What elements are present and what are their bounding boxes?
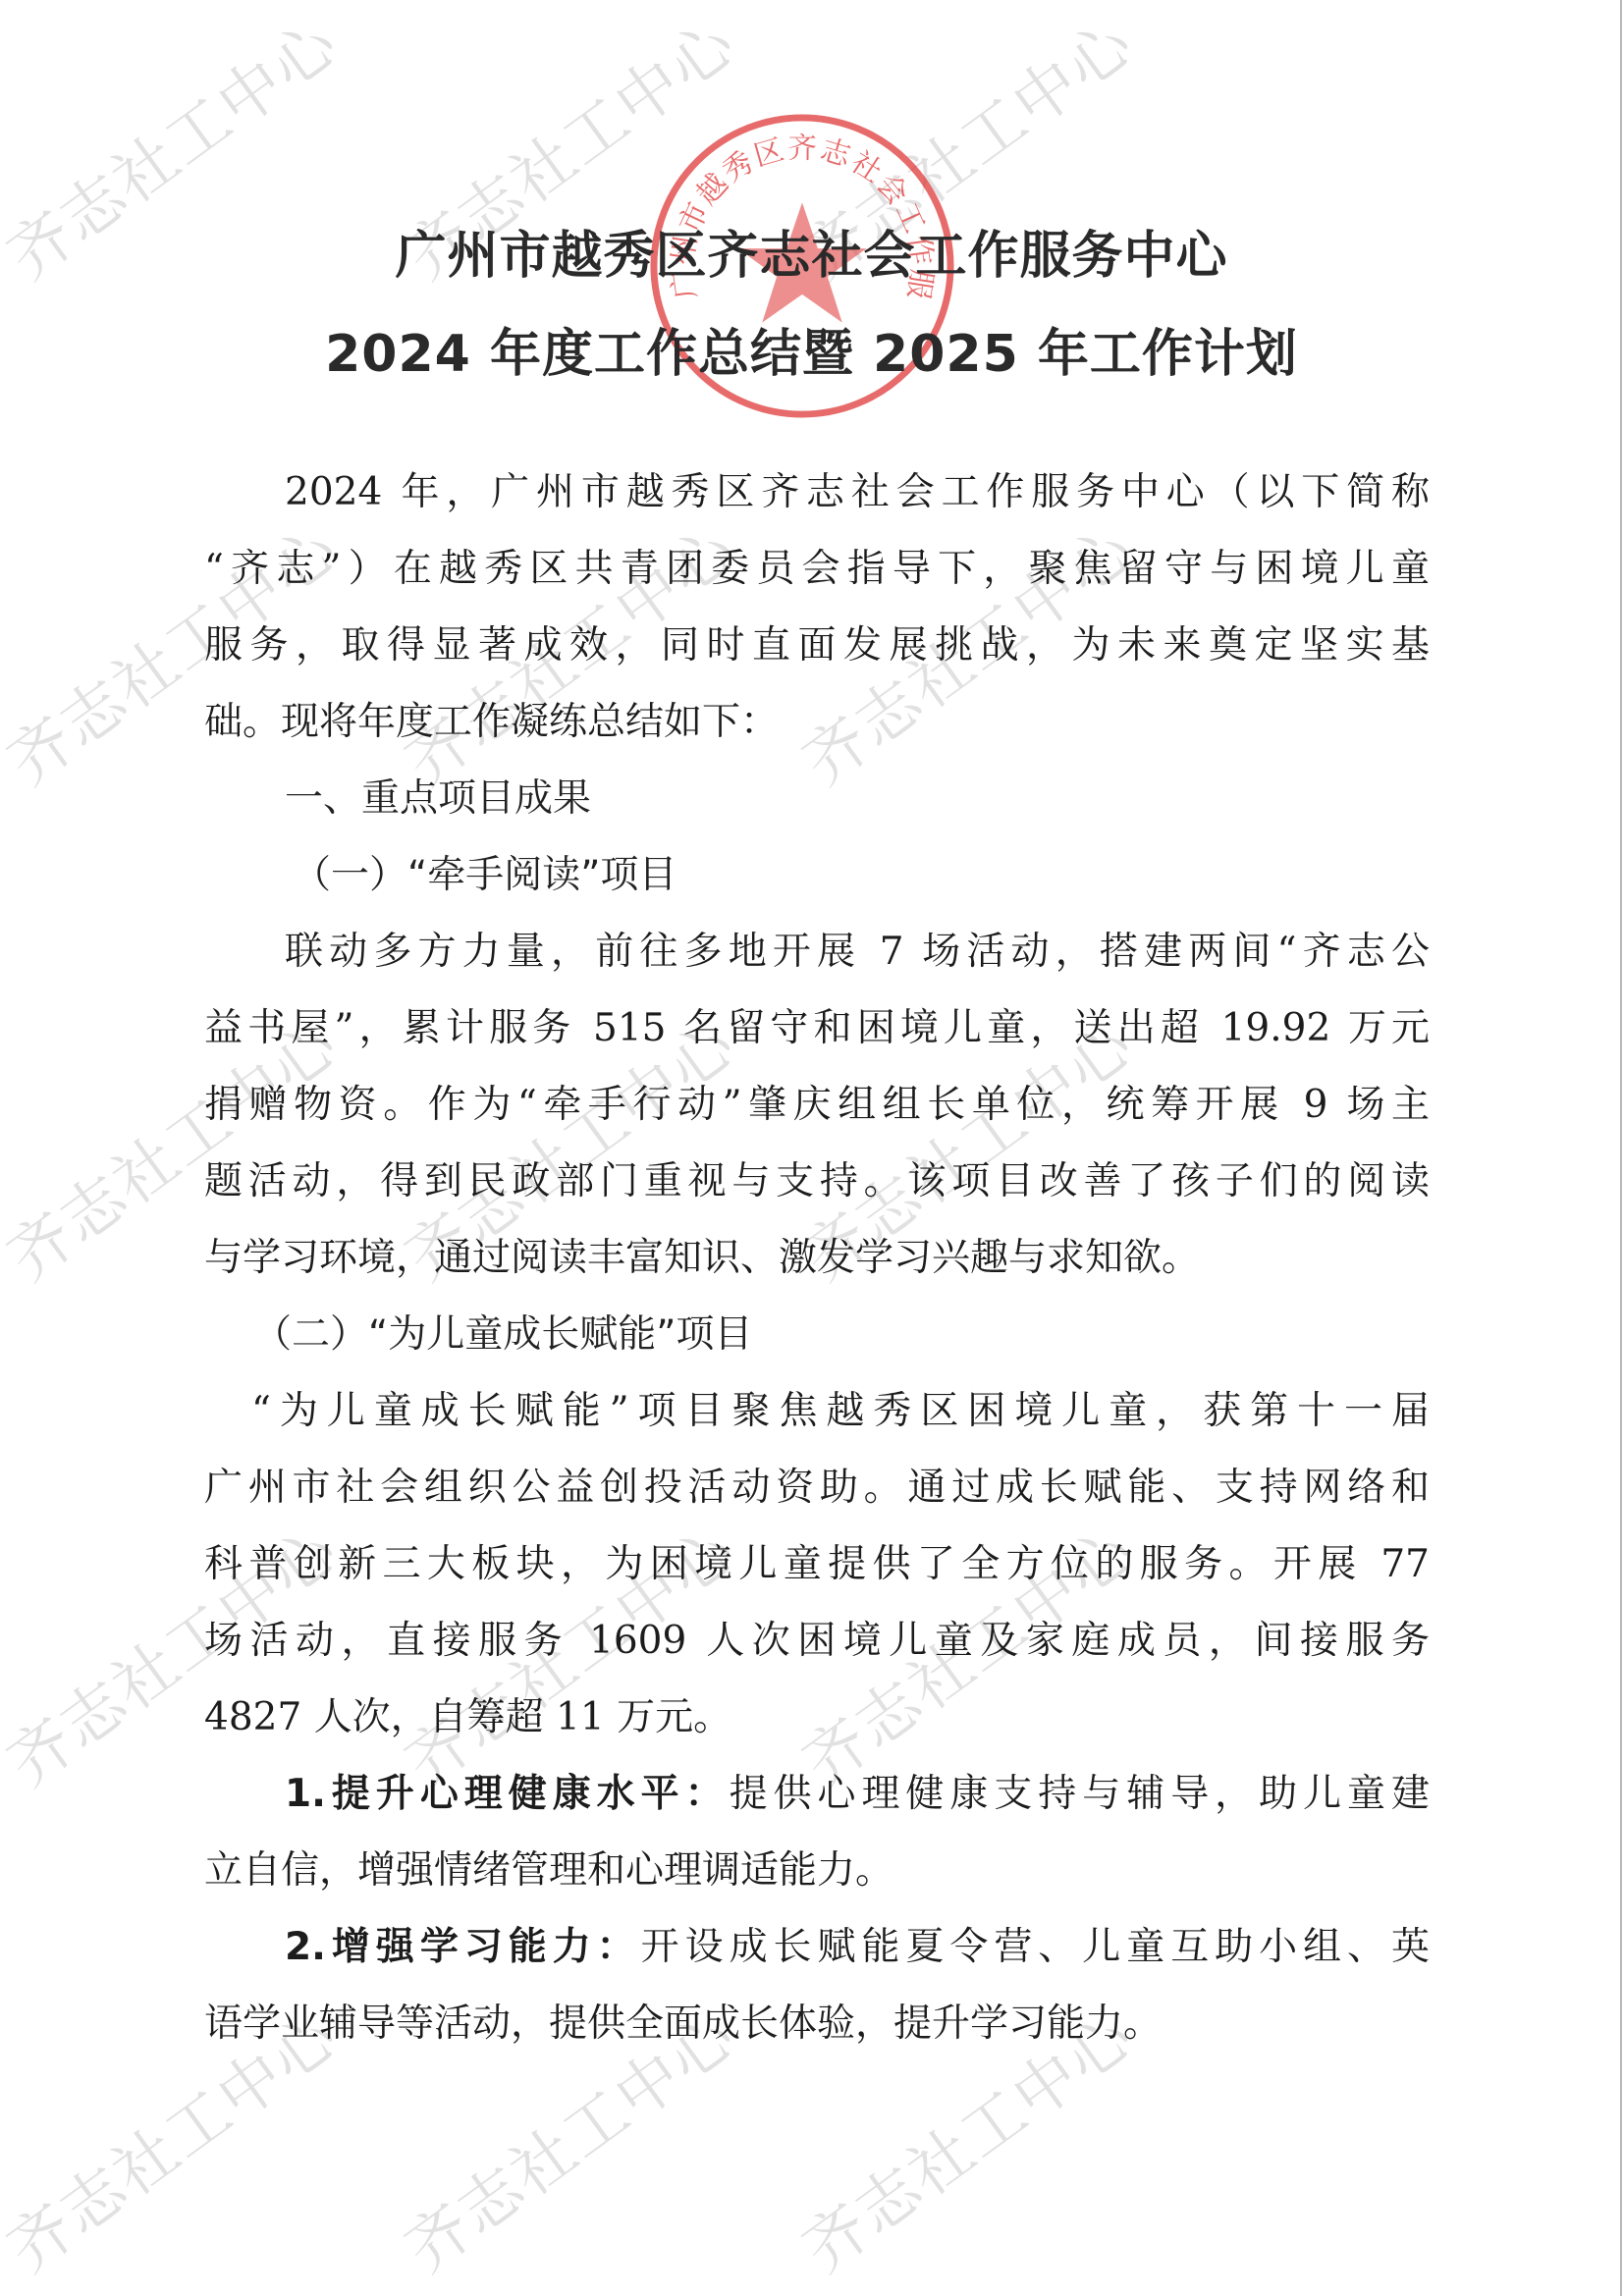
subsection-heading-2: （二）“为儿童成长赋能”项目 [253,1311,752,1359]
paragraph-line: 题活动，得到民政部门重视与支持。该项目改善了孩子们的阅读 [204,1158,1430,1205]
intro-line: 2024 年，广州市越秀区齐志社会工作服务中心（以下简称 [285,469,1430,516]
intro-line: 础。现将年度工作凝练总结如下： [204,699,1430,746]
paragraph-line: 4827 人次，自筹超 11 万元。 [204,1694,1430,1741]
list-item-continuation: 语学业辅导等活动，提供全面成长体验，提升学习能力。 [204,2001,1430,2048]
paragraph-line: 捐赠物资。作为“牵手行动”肇庆组组长单位，统筹开展 9 场主 [204,1082,1430,1129]
list-item-1: 1.提升心理健康水平：提供心理健康支持与辅导，助儿童建 [285,1771,1430,1818]
list-item-lead: 1.提升心理健康水平： [285,1772,730,1816]
list-item-text: 提供心理健康支持与辅导，助儿童建 [730,1772,1430,1816]
subsection-heading-1: （一）“牵手阅读”项目 [293,852,676,899]
section-heading-1: 一、重点项目成果 [285,775,591,823]
document-title-line2: 2024 年度工作总结暨 2025 年工作计划 [0,312,1623,386]
intro-line: 服务，取得显著成效，同时直面发展挑战，为未来奠定坚实基 [204,622,1430,669]
list-item-text: 开设成长赋能夏令营、儿童互助小组、英 [641,1925,1430,1969]
intro-line: “齐志”）在越秀区共青团委员会指导下，聚焦留守与困境儿童 [204,546,1430,593]
list-item-lead: 2.增强学习能力： [285,1925,641,1969]
paragraph-line: 广州市社会组织公益创投活动资助。通过成长赋能、支持网络和 [204,1465,1430,1512]
list-item-continuation: 立自信，增强情绪管理和心理调适能力。 [204,1847,1430,1895]
paragraph-line: 科普创新三大板块，为困境儿童提供了全方位的服务。开展 77 [204,1541,1430,1588]
paragraph-line: 联动多方力量，前往多地开展 7 场活动，搭建两间“齐志公 [285,929,1430,976]
list-item-2: 2.增强学习能力：开设成长赋能夏令营、儿童互助小组、英 [285,1924,1430,1971]
document-page: 齐志社工中心 齐志社工中心 齐志社工中心 齐志社工中心 齐志社工中心 齐志社工中… [0,0,1623,2296]
paragraph-line: “为儿童成长赋能”项目聚焦越秀区困境儿童，获第十一届 [251,1388,1430,1435]
paragraph-line: 场活动，直接服务 1609 人次困境儿童及家庭成员，间接服务 [204,1618,1430,1665]
document-title-line1: 广州市越秀区齐志社会工作服务中心 [0,214,1623,288]
paragraph-line: 与学习环境，通过阅读丰富知识、激发学习兴趣与求知欲。 [204,1235,1430,1282]
paragraph-line: 益书屋”，累计服务 515 名留守和困境儿童，送出超 19.92 万元 [204,1005,1430,1052]
